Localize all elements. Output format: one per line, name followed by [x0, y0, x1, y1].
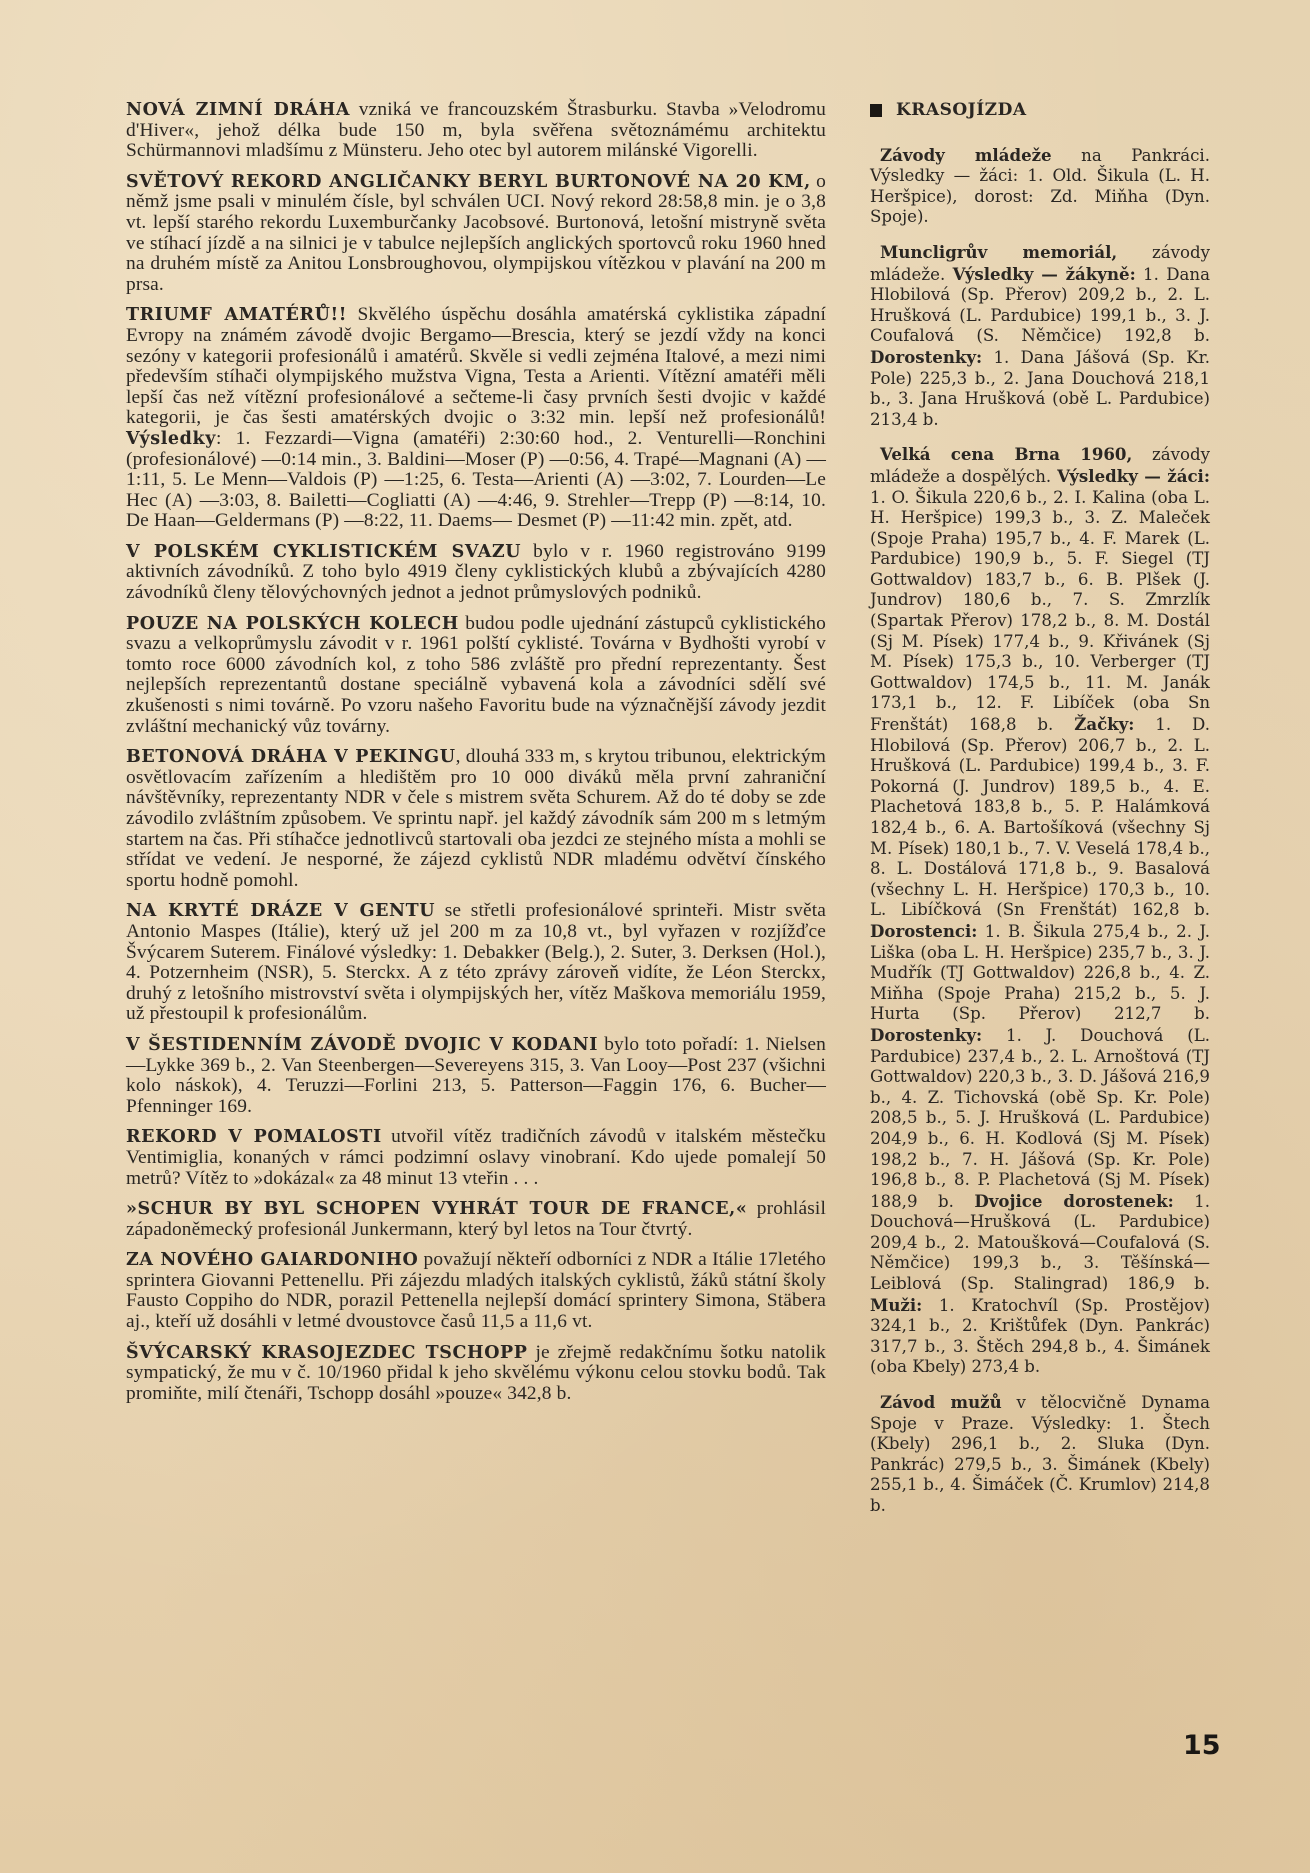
article-headline: V ŠESTIDENNÍM ZÁVODĚ DVOJIC V KODANI [126, 1035, 598, 1055]
category-label: Výsledky — žáci: [1057, 466, 1210, 486]
results-label: Výsledky [126, 429, 216, 449]
article-headline: TRIUMF AMATÉRŮ!! [126, 305, 347, 325]
category-label: Žačky: [1074, 714, 1134, 734]
category-label: Výsledky — žákyně: [953, 264, 1136, 284]
article-triumf-amateru: TRIUMF AMATÉRŮ!! Skvělého úspěchu dosáhl… [126, 305, 826, 532]
event-name: Velká cena Brna 1960, [880, 444, 1132, 464]
event-name: Závod mužů [880, 1392, 1002, 1412]
article-headline: »SCHUR BY BYL SCHOPEN VYHRÁT TOUR DE FRA… [126, 1199, 747, 1219]
page-number: 15 [1183, 1730, 1221, 1761]
article-headline: ZA NOVÉHO GAIARDONIHO [126, 1250, 418, 1270]
article-burtonova-record: SVĚTOVÝ REKORD ANGLIČANKY BERYL BURTONOV… [126, 172, 826, 296]
category-label: Muži: [870, 1295, 922, 1315]
news-column: NOVÁ ZIMNÍ DRÁHA vzniká ve francouzském … [126, 100, 826, 1414]
article-headline: ŠVÝCARSKÝ KRASOJEZDEC TSCHOPP [126, 1343, 528, 1363]
article-headline: NA KRYTÉ DRÁZE V GENTU [126, 901, 435, 921]
category-label: Dvojice dorostenek: [974, 1191, 1173, 1211]
article-gaiardoni: ZA NOVÉHO GAIARDONIHO považují někteří o… [126, 1250, 826, 1332]
article-pomalost: REKORD V POMALOSTI utvořil vítěz tradičn… [126, 1127, 826, 1189]
magazine-page: NOVÁ ZIMNÍ DRÁHA vzniká ve francouzském … [0, 0, 1310, 1873]
krasojizda-column: KRASOJÍZDA Závody mládeže na Pankráci. V… [870, 100, 1210, 1531]
category-label: Dorostenci: [870, 921, 977, 941]
article-headline: POUZE NA POLSKÝCH KOLECH [126, 614, 459, 634]
results-velka-cena-brna: Velká cena Brna 1960, závody mládeže a d… [870, 444, 1210, 1378]
event-name: Závody mládeže [880, 145, 1052, 165]
event-text: 1. O. Šikula 220,6 b., 2. I. Kalina (oba… [870, 488, 1210, 735]
article-tschopp: ŠVÝCARSKÝ KRASOJEZDEC TSCHOPP je zřejmě … [126, 1343, 826, 1405]
event-text: 1. D. Hlobilová (Sp. Přerov) 206,7 b., 2… [870, 715, 1210, 919]
article-headline: BETONOVÁ DRÁHA V PEKINGU [126, 747, 456, 767]
article-headline: SVĚTOVÝ REKORD ANGLIČANKY BERYL BURTONOV… [126, 172, 811, 192]
article-headline: V POLSKÉM CYKLISTICKÉM SVAZU [126, 542, 521, 562]
article-peking: BETONOVÁ DRÁHA V PEKINGU, dlouhá 333 m, … [126, 747, 826, 891]
section-title-text: KRASOJÍZDA [896, 100, 1027, 121]
event-text: 1. J. Douchová (L. Pardubice) 237,4 b., … [870, 1026, 1210, 1211]
results-muncliguv-memorial: Muncligrův memoriál, závody mládeže. Výs… [870, 242, 1210, 430]
article-body: , dlouhá 333 m, s krytou tribunou, elekt… [126, 746, 826, 891]
article-polska-kola: POUZE NA POLSKÝCH KOLECH budou podle uje… [126, 614, 826, 738]
category-label: Dorostenky: [870, 347, 982, 367]
results-text: : 1. Fezzardi—Vigna (amatéři) 2:30:60 ho… [126, 428, 826, 531]
section-heading: KRASOJÍZDA [870, 100, 1210, 121]
event-name: Muncligrův memoriál, [880, 242, 1117, 262]
article-nova-zimni-draha: NOVÁ ZIMNÍ DRÁHA vzniká ve francouzském … [126, 100, 826, 162]
results-zavod-muzu: Závod mužů v tělocvičně Dynama Spoje v P… [870, 1392, 1210, 1517]
article-schur: »SCHUR BY BYL SCHOPEN VYHRÁT TOUR DE FRA… [126, 1199, 826, 1240]
article-headline: NOVÁ ZIMNÍ DRÁHA [126, 100, 350, 120]
article-polsky-svaz: V POLSKÉM CYKLISTICKÉM SVAZU bylo v r. 1… [126, 542, 826, 604]
article-kodan: V ŠESTIDENNÍM ZÁVODĚ DVOJIC V KODANI byl… [126, 1035, 826, 1117]
article-gent: NA KRYTÉ DRÁZE V GENTU se střetli profes… [126, 901, 826, 1025]
article-headline: REKORD V POMALOSTI [126, 1127, 382, 1147]
black-square-icon [870, 104, 882, 117]
results-zavody-mladeze: Závody mládeže na Pankráci. Výsledky — ž… [870, 145, 1210, 228]
category-label: Dorostenky: [870, 1025, 982, 1045]
